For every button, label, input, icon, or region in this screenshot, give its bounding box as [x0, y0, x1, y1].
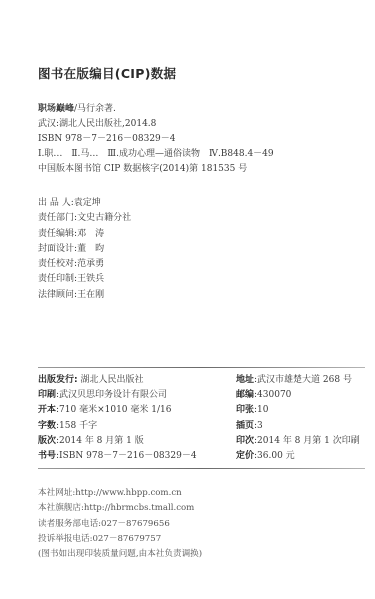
credit-value: 王在刚 — [77, 290, 104, 300]
credit-row-producer: 出 品 人:袁定坤 — [38, 196, 131, 211]
credit-value: 董 昀 — [77, 244, 104, 254]
pub-row: 出版发行: 湖北人民出版社 地址:武汉市雄楚大道 268 号 — [38, 373, 368, 388]
credit-row-cover-design: 封面设计:董 昀 — [38, 242, 131, 257]
credit-value: 范承勇 — [77, 259, 104, 269]
contact-reader-service: 读者服务部电话:027－87679656 — [38, 517, 202, 532]
pub-label-format: 开本 — [38, 405, 56, 415]
publication-info-block: 出版发行: 湖北人民出版社 地址:武汉市雄楚大道 268 号 印刷:武汉贝思印务… — [38, 373, 368, 464]
pub-value-postcode: :430070 — [254, 390, 291, 400]
pub-value-printing: :2014 年 8 月第 1 次印刷 — [254, 436, 360, 446]
pub-value-sheets: :10 — [254, 405, 268, 415]
contact-website: 本社网址:http://www.hbpp.com.cn — [38, 486, 202, 501]
pub-label-printer: 印刷 — [38, 390, 56, 400]
pub-label-address: 地址 — [236, 375, 254, 385]
pub-label-edition: 版次 — [38, 436, 56, 446]
pub-row: 版次:2014 年 8 月第 1 版 印次:2014 年 8 月第 1 次印刷 — [38, 434, 368, 449]
cip-publisher-line: 武汉:湖北人民出版社,2014.8 — [38, 117, 283, 132]
cip-isbn-line: ISBN 978－7－216－08329－4 — [38, 132, 283, 147]
pub-label-printing: 印次 — [236, 436, 254, 446]
classification-item: Ⅲ.成功心理—通俗读物 — [107, 147, 200, 162]
pub-value-wordcount: :158 千字 — [56, 421, 97, 431]
credit-row-legal: 法律顾问:王在刚 — [38, 288, 131, 303]
credit-label: 责任部门 — [38, 213, 74, 223]
pub-value-format: :710 毫米×1010 毫米 1/16 — [56, 405, 171, 415]
pub-label-isbn: 书号 — [38, 451, 56, 461]
pub-label-postcode: 邮编 — [236, 390, 254, 400]
credit-row-editor: 责任编辑:邓 涛 — [38, 227, 131, 242]
book-title: 职场巅峰 — [38, 104, 74, 114]
bottom-divider — [38, 468, 365, 469]
classification-item: Ⅰ.职… — [38, 147, 62, 162]
credits-block: 出 品 人:袁定坤 责任部门:文史古籍分社 责任编辑:邓 涛 封面设计:董 昀 … — [38, 196, 131, 303]
pub-value-isbn: :ISBN 978－7－216－08329－4 — [56, 451, 197, 461]
pub-label-distributor: 出版发行: — [38, 375, 78, 385]
credit-label: 封面设计 — [38, 244, 74, 254]
book-author: /马行余著. — [74, 104, 116, 114]
credit-row-proofreader: 责任校对:范承勇 — [38, 257, 131, 272]
classification-item: Ⅱ.马… — [71, 147, 98, 162]
pub-row: 开本:710 毫米×1010 毫米 1/16 印张:10 — [38, 403, 368, 418]
cip-classification-line: Ⅰ.职…Ⅱ.马…Ⅲ.成功心理—通俗读物Ⅳ.B848.4－49 — [38, 147, 283, 162]
pub-row: 印刷:武汉贝思印务设计有限公司 邮编:430070 — [38, 388, 368, 403]
contact-flagship-store: 本社旗舰店:http://hbrmcbs.tmall.com — [38, 501, 202, 516]
pub-value-distributor: 湖北人民出版社 — [78, 375, 144, 385]
credit-value: 文史古籍分社 — [77, 213, 131, 223]
classification-item: Ⅳ.B848.4－49 — [209, 147, 274, 162]
pub-row: 书号:ISBN 978－7－216－08329－4 定价:36.00 元 — [38, 449, 368, 464]
pub-value-address: :武汉市雄楚大道 268 号 — [254, 375, 352, 385]
credit-label: 责任校对 — [38, 259, 74, 269]
cip-data-block: 职场巅峰/马行余著. 武汉:湖北人民出版社,2014.8 ISBN 978－7－… — [38, 102, 283, 177]
contact-complaint-phone: 投诉举报电话:027－87679757 — [38, 532, 202, 547]
credit-value: 邓 涛 — [77, 229, 104, 239]
credit-label: 责任印制 — [38, 274, 74, 284]
credit-row-printing: 责任印制:王铁兵 — [38, 272, 131, 287]
top-divider — [38, 367, 365, 368]
pub-value-price: :36.00 元 — [254, 451, 295, 461]
pub-label-inserts: 插页 — [236, 421, 254, 431]
credit-label: 出 品 人 — [38, 198, 71, 208]
page-title: 图书在版编目(CIP)数据 — [38, 64, 176, 82]
cip-title-line: 职场巅峰/马行余著. — [38, 102, 283, 117]
contact-notice: (图书如出现印装质量问题,由本社负责调换) — [38, 547, 202, 562]
credit-label: 责任编辑 — [38, 229, 74, 239]
pub-value-printer: :武汉贝思印务设计有限公司 — [56, 390, 167, 400]
pub-value-edition: :2014 年 8 月第 1 版 — [56, 436, 144, 446]
credit-label: 法律顾问 — [38, 290, 74, 300]
credit-value: 袁定坤 — [74, 198, 101, 208]
contact-block: 本社网址:http://www.hbpp.com.cn 本社旗舰店:http:/… — [38, 486, 202, 562]
pub-label-price: 定价 — [236, 451, 254, 461]
pub-row: 字数:158 千字 插页:3 — [38, 419, 368, 434]
credit-value: 王铁兵 — [77, 274, 104, 284]
pub-label-sheets: 印张 — [236, 405, 254, 415]
credit-row-department: 责任部门:文史古籍分社 — [38, 211, 131, 226]
pub-label-wordcount: 字数 — [38, 421, 56, 431]
cip-core-number-line: 中国版本图书馆 CIP 数据核字(2014)第 181535 号 — [38, 162, 283, 177]
pub-value-inserts: :3 — [254, 421, 263, 431]
